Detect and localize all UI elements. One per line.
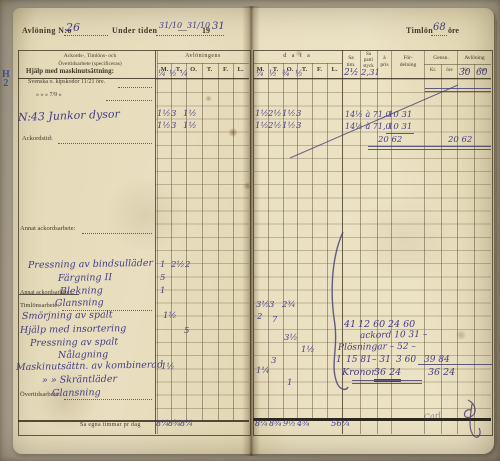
handwritten-mark: 1½ — [157, 122, 171, 131]
timlon-label: Timlön — [406, 26, 433, 35]
ackordstid-label: Ackordstid: — [22, 135, 53, 142]
kronor-underline — [352, 383, 422, 384]
fordelning-line-1: 14½ à 71,0 — [345, 111, 391, 119]
ackord-sum: 20 62 — [378, 136, 402, 145]
ackord-sum-avloning: 20 62 — [448, 136, 472, 145]
handwritten-mark: 1½ — [255, 122, 269, 131]
handwritten-mark: 2 — [257, 313, 262, 322]
margin-stamp: H 2 — [2, 70, 10, 88]
hjalp-row-sub2: » » » 7/9 » — [36, 92, 62, 98]
handwritten-mark: 2½ — [268, 110, 282, 119]
leader-line — [156, 34, 224, 36]
handwritten-mark: 5 — [160, 274, 165, 283]
summa-timmar-label: Sa egna timmar pr dag — [80, 422, 141, 428]
date-to: 31/10 — [187, 22, 210, 30]
gensn-kr: Kr. — [425, 68, 441, 73]
handwritten-mark: 1½ — [161, 363, 175, 372]
handwritten-mark: Färgning II — [58, 273, 112, 283]
leader-line — [431, 34, 447, 36]
handwritten-mark: Maskinutsättn. av kombinerad — [16, 360, 163, 372]
date-from: 31/10 — [159, 22, 182, 30]
annat-ackord-label: Annat ackordsarbete: — [20, 225, 75, 232]
handwritten-mark: 1½ — [163, 312, 177, 321]
fordelning-header-1: För- — [392, 55, 424, 61]
handwritten-mark: ½ — [169, 70, 177, 78]
sa-tim-top: 2½ — [344, 69, 358, 78]
handwritten-mark: ackord 10 31 – — [360, 331, 427, 341]
leader-line — [82, 232, 152, 234]
sum-rule — [368, 146, 491, 147]
handwritten-mark: 8¼ — [255, 420, 268, 428]
handwritten-mark: 3 — [296, 110, 301, 119]
handwritten-mark: 12 60 — [358, 320, 385, 330]
handwritten-mark: ¼ — [256, 70, 264, 78]
handwritten-mark: 9½ — [283, 420, 296, 428]
handwritten-mark: 1 — [287, 379, 292, 388]
day-col-L: L. — [328, 66, 341, 73]
avloning-top-ore: 60 — [476, 69, 487, 78]
handwritten-mark: 1½ — [282, 122, 296, 131]
avloning-header: Avlöning — [458, 55, 491, 61]
handwritten-mark: 3 — [296, 122, 301, 131]
sa-parti-header-1: Sa — [361, 52, 376, 57]
avloning-number: 26 — [66, 22, 80, 33]
handwritten-mark: Pressning av spalt — [30, 337, 118, 348]
handwritten-mark: – 31 — [372, 356, 391, 365]
handwritten-mark: » » Skräntläder — [42, 375, 117, 386]
leader-line — [118, 86, 152, 88]
data-header: d a t a — [253, 53, 342, 59]
handwritten-mark: 2 — [185, 261, 190, 270]
handwritten-mark: 3 — [269, 301, 274, 310]
year-written: 31 — [212, 22, 225, 32]
handwritten-mark: 1½ — [255, 110, 269, 119]
a-pris-top: 2,31 — [361, 69, 380, 78]
under-tiden-label: Under tiden — [112, 26, 157, 35]
handwritten-mark: 10 31 — [388, 123, 412, 132]
ackord-work-name: N:43 Junkor dysor — [18, 108, 120, 123]
day-col-L: L. — [234, 66, 247, 73]
handwritten-mark: 3 60 — [396, 356, 416, 365]
handwritten-mark: Smörjning av spalt — [22, 310, 113, 321]
handwritten-mark: Nålagning — [58, 350, 108, 360]
handwritten-mark: 1½ — [301, 346, 315, 355]
header-split-line — [157, 63, 249, 64]
handwritten-mark: 3 — [271, 357, 276, 366]
avloning-top-kr: 30 — [459, 69, 470, 78]
handwritten-mark: 8¼ — [180, 420, 193, 428]
page-stack-edge — [496, 20, 497, 444]
sum-rule — [425, 91, 491, 92]
scanned-wage-ledger: H 2 Avlöning N:o Under tiden — 19 Timlön… — [0, 0, 500, 461]
sa-tim-header-1: Sa — [343, 55, 359, 61]
page-stack-edge — [494, 14, 495, 448]
handwritten-mark: 1 — [160, 287, 165, 296]
day-col-O: O. — [187, 66, 200, 73]
fordelning-line-2: 14½ à 71,0 — [345, 123, 391, 131]
gensn-ore: öre — [442, 68, 457, 73]
gensn-header: Gensn. — [425, 55, 457, 61]
sum-rule — [386, 133, 414, 134]
handwritten-mark: 1 — [336, 356, 342, 365]
handwritten-mark: Pressning av bindsulläder — [28, 259, 153, 271]
hjalp-row-title: Hjälp med maskinutsättning: — [26, 67, 114, 75]
handwritten-mark: 2¾ — [282, 301, 296, 310]
handwritten-mark: 8¾ — [168, 420, 181, 428]
leader-line — [58, 142, 152, 144]
leader-line — [106, 99, 152, 101]
handwritten-mark: 1½ — [282, 110, 296, 119]
timlonsarbete-label: Timlönsarbete: — [20, 302, 59, 309]
handwritten-mark: Hjälp med insortering — [20, 324, 126, 335]
handwritten-mark: 1¼ — [256, 367, 270, 376]
total-avloning: 36 24 — [428, 368, 455, 378]
sum-rule — [425, 88, 491, 89]
handwritten-mark: 41 — [344, 320, 356, 330]
handwritten-mark: 1½ — [157, 110, 171, 119]
sum-rule — [368, 149, 491, 150]
handwritten-mark: 2½ — [268, 122, 282, 131]
stamp-number: 2 — [2, 79, 10, 88]
timlon-value: 68 — [433, 23, 446, 33]
handwritten-mark: 1 — [160, 261, 165, 270]
handwritten-mark: 4¾ — [297, 420, 310, 428]
handwritten-mark: ¾ — [282, 70, 290, 78]
handwritten-mark: Blekning — [60, 286, 103, 296]
handwritten-mark: Plösningar – 52 – — [338, 343, 416, 353]
handwritten-mark: Glansning — [55, 298, 104, 308]
timlon-unit: öre — [448, 26, 459, 35]
sa-parti-header-2: parti — [361, 58, 376, 63]
a-pris-header-1: à — [378, 55, 391, 61]
handwritten-mark: 15 81 — [346, 356, 372, 365]
handwritten-mark: ¼ — [158, 70, 166, 78]
handwritten-mark: 1½ — [183, 122, 197, 131]
handwritten-mark: 2½ — [171, 261, 185, 270]
handwritten-mark: 3 — [171, 110, 176, 119]
handwritten-mark: 1½ — [183, 110, 197, 119]
kronor-label: Kronor — [342, 368, 376, 378]
handwritten-mark: 5 — [184, 327, 189, 336]
day-col-F: F. — [313, 66, 326, 73]
handwritten-mark: 24 60 — [388, 320, 415, 330]
handwritten-mark: 8¼ — [156, 420, 169, 428]
summa-timmar: 56¼ — [331, 420, 350, 429]
handwritten-mark: ½ — [295, 70, 303, 78]
header-split-line — [253, 63, 342, 64]
handwritten-mark: ¼ — [180, 70, 188, 78]
fordelning-header-2: delning — [392, 62, 424, 68]
handwritten-mark: 10 31 — [388, 111, 412, 120]
handwritten-mark: 3½ — [256, 301, 270, 310]
kronor-total: 36 24 — [374, 368, 401, 382]
handwritten-mark: Glansning — [52, 388, 101, 398]
header-split-line — [424, 64, 491, 65]
handwritten-mark: 39 84 — [424, 356, 450, 365]
handwritten-mark: 3½ — [284, 334, 298, 343]
day-col-F: F. — [219, 66, 232, 73]
handwritten-mark: 7 — [272, 316, 277, 325]
leader-line — [64, 34, 108, 36]
desc-header-1: Ackords-, Timlöns- och — [30, 53, 150, 59]
handwritten-mark: 8¾ — [269, 420, 282, 428]
handwritten-mark: 3 — [171, 122, 176, 131]
handwritten-mark: ½ — [269, 70, 277, 78]
hjalp-row-sub1: Svenska o. kipskodor 11/21 öre. — [28, 79, 105, 85]
avloningens-header: Avlöningens — [157, 53, 249, 59]
day-col-T2: T. — [203, 66, 216, 73]
